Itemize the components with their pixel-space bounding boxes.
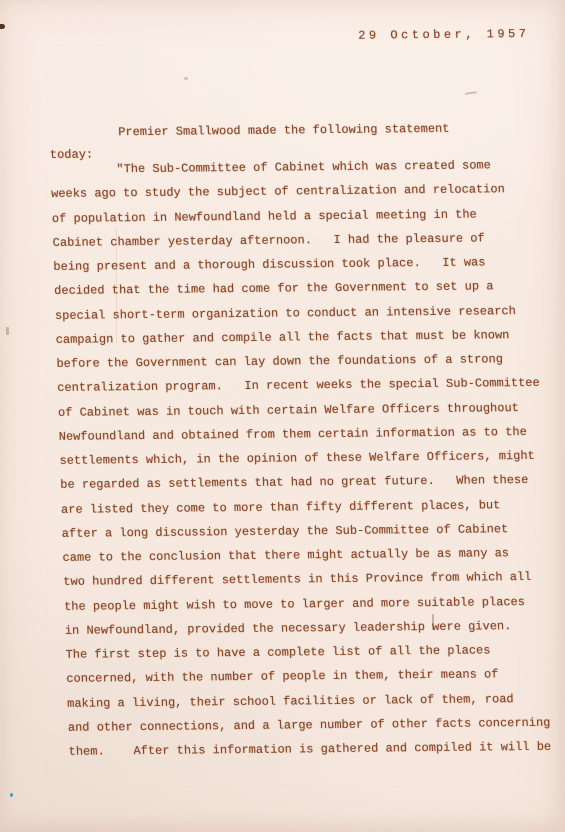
statement-intro-line-1: Premier Smallwood made the following sta…	[118, 122, 450, 139]
stray-pen-mark	[10, 793, 13, 797]
scanned-document-page: 29 October, 1957 Premier Smallwood made …	[0, 0, 565, 832]
date-line: 29 October, 1957	[358, 27, 530, 43]
statement-body: "The Sub-Committee of Cabinet which was …	[50, 153, 565, 764]
typed-content: 29 October, 1957 Premier Smallwood made …	[46, 25, 565, 790]
typed-line: them. After this information is gathered…	[68, 734, 565, 764]
ink-speck	[0, 24, 5, 29]
margin-ink-mark	[6, 327, 9, 335]
